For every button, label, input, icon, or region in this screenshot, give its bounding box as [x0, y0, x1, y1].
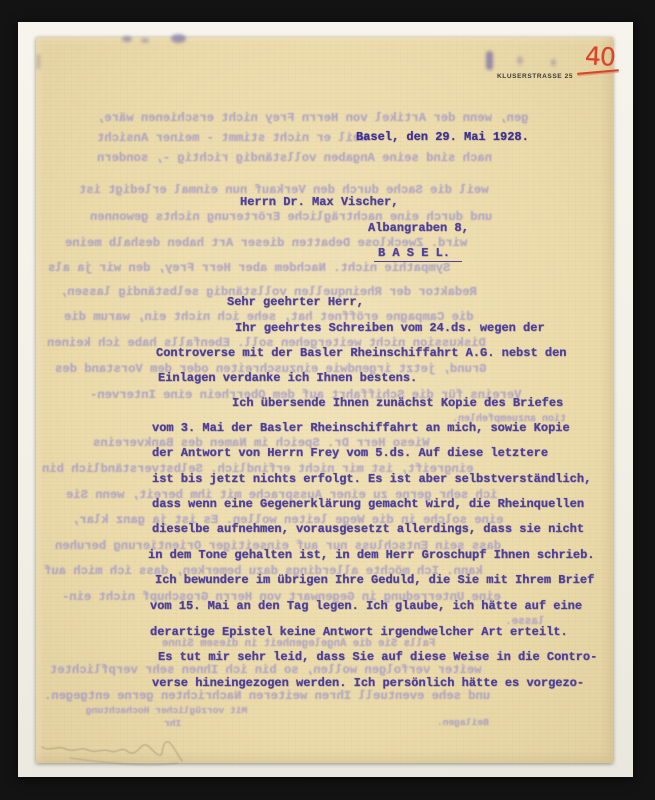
signature-bleedthrough [38, 731, 188, 769]
ink-smudge [171, 34, 186, 43]
page-background: gen, wenn der Artikel von Herrn Frey nic… [0, 0, 655, 800]
ink-smudge [141, 38, 149, 43]
ink-smudge [37, 54, 40, 69]
ink-smudge [122, 36, 132, 42]
ink-smudge [517, 56, 523, 65]
letterhead-address: KLUSERSTRASSE 25 [497, 73, 573, 80]
letter-paper [36, 37, 613, 763]
ink-smudge [486, 51, 493, 70]
handwritten-page-number: 40 [584, 41, 615, 72]
ink-smudge [551, 59, 556, 66]
